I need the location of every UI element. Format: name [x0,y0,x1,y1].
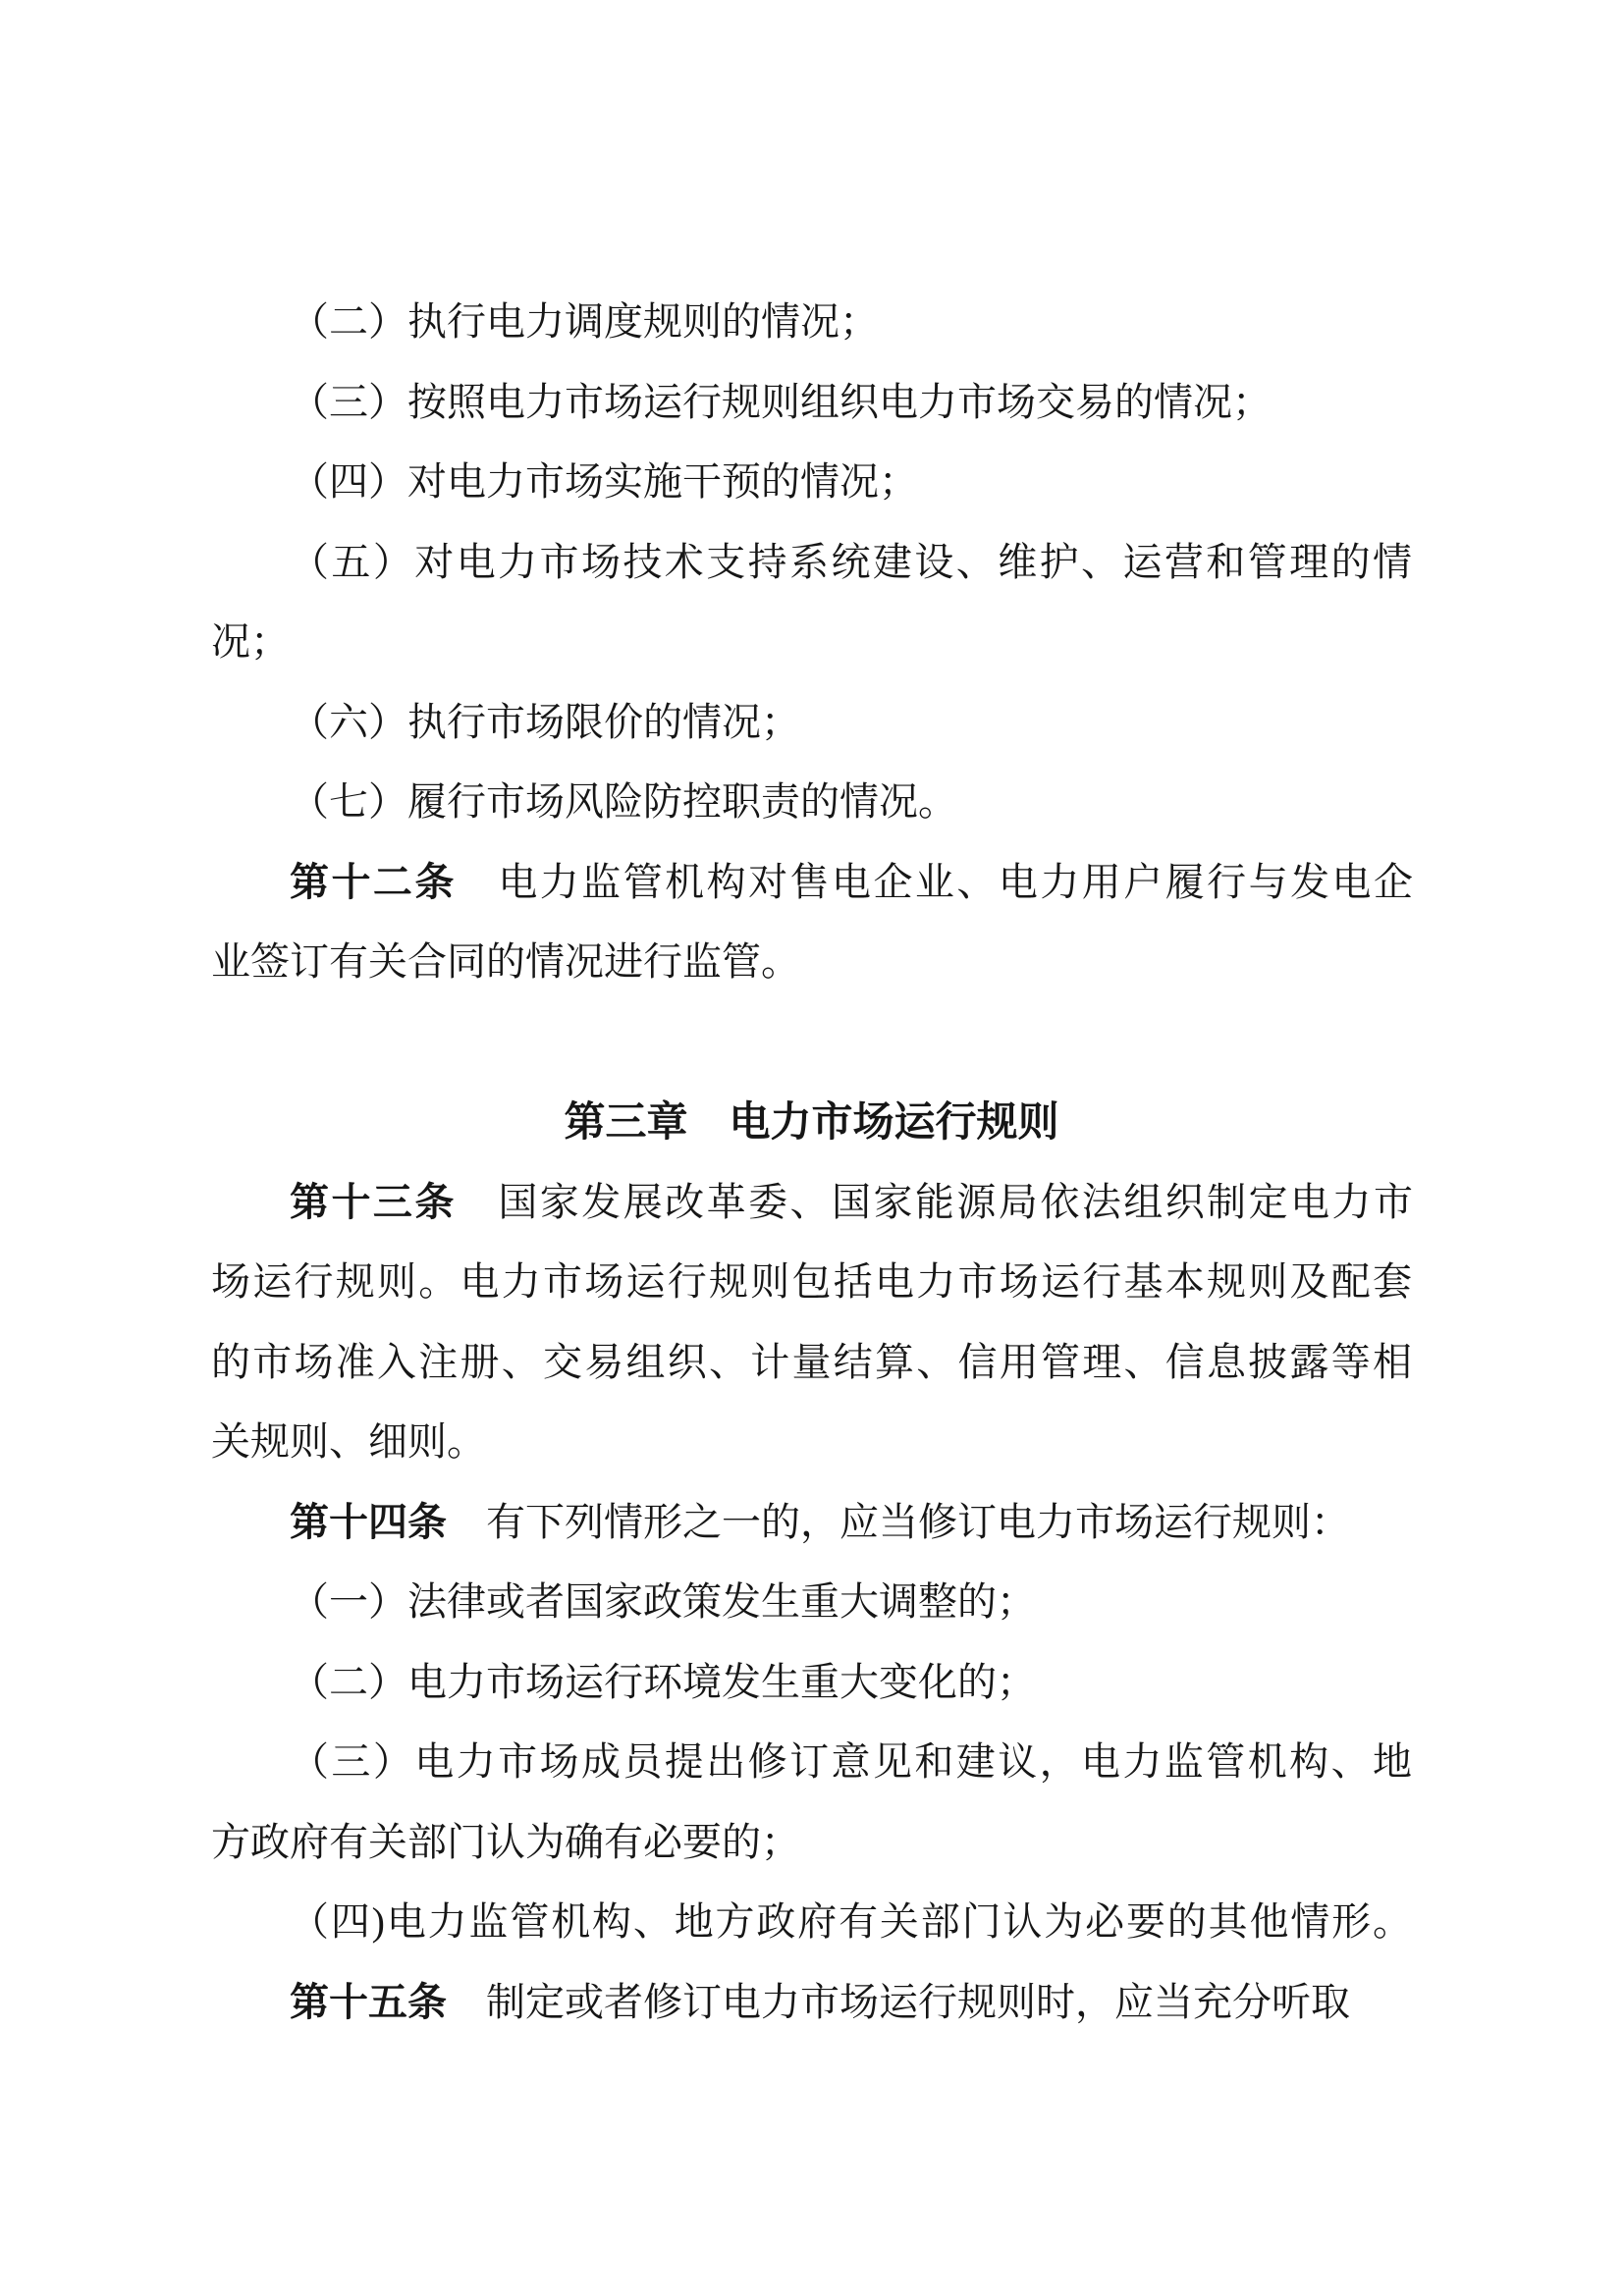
clause-line: （二）执行电力调度规则的情况； [211,282,1412,362]
line-text: （四)电力监管机构、地方政府有关部门认为必要的其他情形。 [290,1899,1412,1944]
continuation-line: 业签订有关合同的情况进行监管。 [211,922,1412,1002]
line-text: （六）执行市场限价的情况； [290,700,800,744]
line-text: 方政府有关部门认为确有必要的； [211,1820,800,1864]
document-text-block: （二）执行电力调度规则的情况； （三）按照电力市场运行规则组织电力市场交易的情况… [211,282,1412,2042]
line-text: （五）对电力市场技术支持系统建设、维护、运营和管理的情 [290,540,1412,584]
clause-line: （四）对电力市场实施干预的情况； [211,442,1412,522]
clause-line: （三）电力市场成员提出修订意见和建议，电力监管机构、地 [211,1722,1412,1802]
blank-line [211,1002,1412,1083]
line-text: （一）法律或者国家政策发生重大调整的； [290,1579,1036,1624]
article-number: 第十五条 [290,1981,447,2024]
clause-line: （六）执行市场限价的情况； [211,682,1412,763]
clause-line: （七）履行市场风险防控职责的情况。 [211,762,1412,842]
clause-line: （四)电力监管机构、地方政府有关部门认为必要的其他情形。 [211,1882,1412,1962]
chapter-heading: 第三章 电力市场运行规则 [211,1082,1412,1162]
clause-line: （二）电力市场运行环境发生重大变化的； [211,1642,1412,1723]
clause-line: （一）法律或者国家政策发生重大调整的； [211,1562,1412,1642]
line-text: 制定或者修订电力市场运行规则时，应当充分听取 [447,1980,1350,2024]
article-line: 第十二条 电力监管机构对售电企业、电力用户履行与发电企 [211,842,1412,923]
article-line: 第十五条 制定或者修订电力市场运行规则时，应当充分听取 [211,1962,1412,2043]
clause-line: （三）按照电力市场运行规则组织电力市场交易的情况； [211,362,1412,443]
continuation-line: 方政府有关部门认为确有必要的； [211,1802,1412,1883]
continuation-line: 场运行规则。电力市场运行规则包括电力市场运行基本规则及配套 [211,1242,1412,1322]
document-page: （二）执行电力调度规则的情况； （三）按照电力市场运行规则组织电力市场交易的情况… [0,0,1624,2296]
line-text: 有下列情形之一的，应当修订电力市场运行规则： [447,1500,1350,1544]
line-text: （四）对电力市场实施干预的情况； [290,459,918,504]
line-text: （二）电力市场运行环境发生重大变化的； [290,1660,1036,1704]
chapter-heading-text: 第三章 电力市场运行规则 [564,1098,1058,1145]
continuation-line: 况； [211,602,1412,682]
continuation-line: 关规则、细则。 [211,1402,1412,1482]
article-number: 第十四条 [290,1501,447,1544]
line-text: 业签订有关合同的情况进行监管。 [211,939,800,984]
line-text: （二）执行电力调度规则的情况； [290,299,879,344]
line-text: 关规则、细则。 [211,1419,486,1464]
line-text: （七）履行市场风险防控职责的情况。 [290,779,957,824]
article-number: 第十二条 [290,861,457,904]
article-number: 第十三条 [290,1181,457,1224]
line-text: 电力监管机构对售电企业、电力用户履行与发电企 [457,860,1412,904]
article-line: 第十三条 国家发展改革委、国家能源局依法组织制定电力市 [211,1162,1412,1243]
clause-line: （五）对电力市场技术支持系统建设、维护、运营和管理的情 [211,522,1412,603]
line-text: （三）电力市场成员提出修订意见和建议，电力监管机构、地 [290,1739,1412,1784]
line-text: 国家发展改革委、国家能源局依法组织制定电力市 [457,1180,1412,1224]
line-text: 况； [211,619,290,664]
continuation-line: 的市场准入注册、交易组织、计量结算、信用管理、信息披露等相 [211,1322,1412,1403]
line-text: 场运行规则。电力市场运行规则包括电力市场运行基本规则及配套 [211,1259,1412,1304]
line-text: （三）按照电力市场运行规则组织电力市场交易的情况； [290,380,1272,424]
article-line: 第十四条 有下列情形之一的，应当修订电力市场运行规则： [211,1482,1412,1563]
line-text: 的市场准入注册、交易组织、计量结算、信用管理、信息披露等相 [211,1340,1412,1384]
